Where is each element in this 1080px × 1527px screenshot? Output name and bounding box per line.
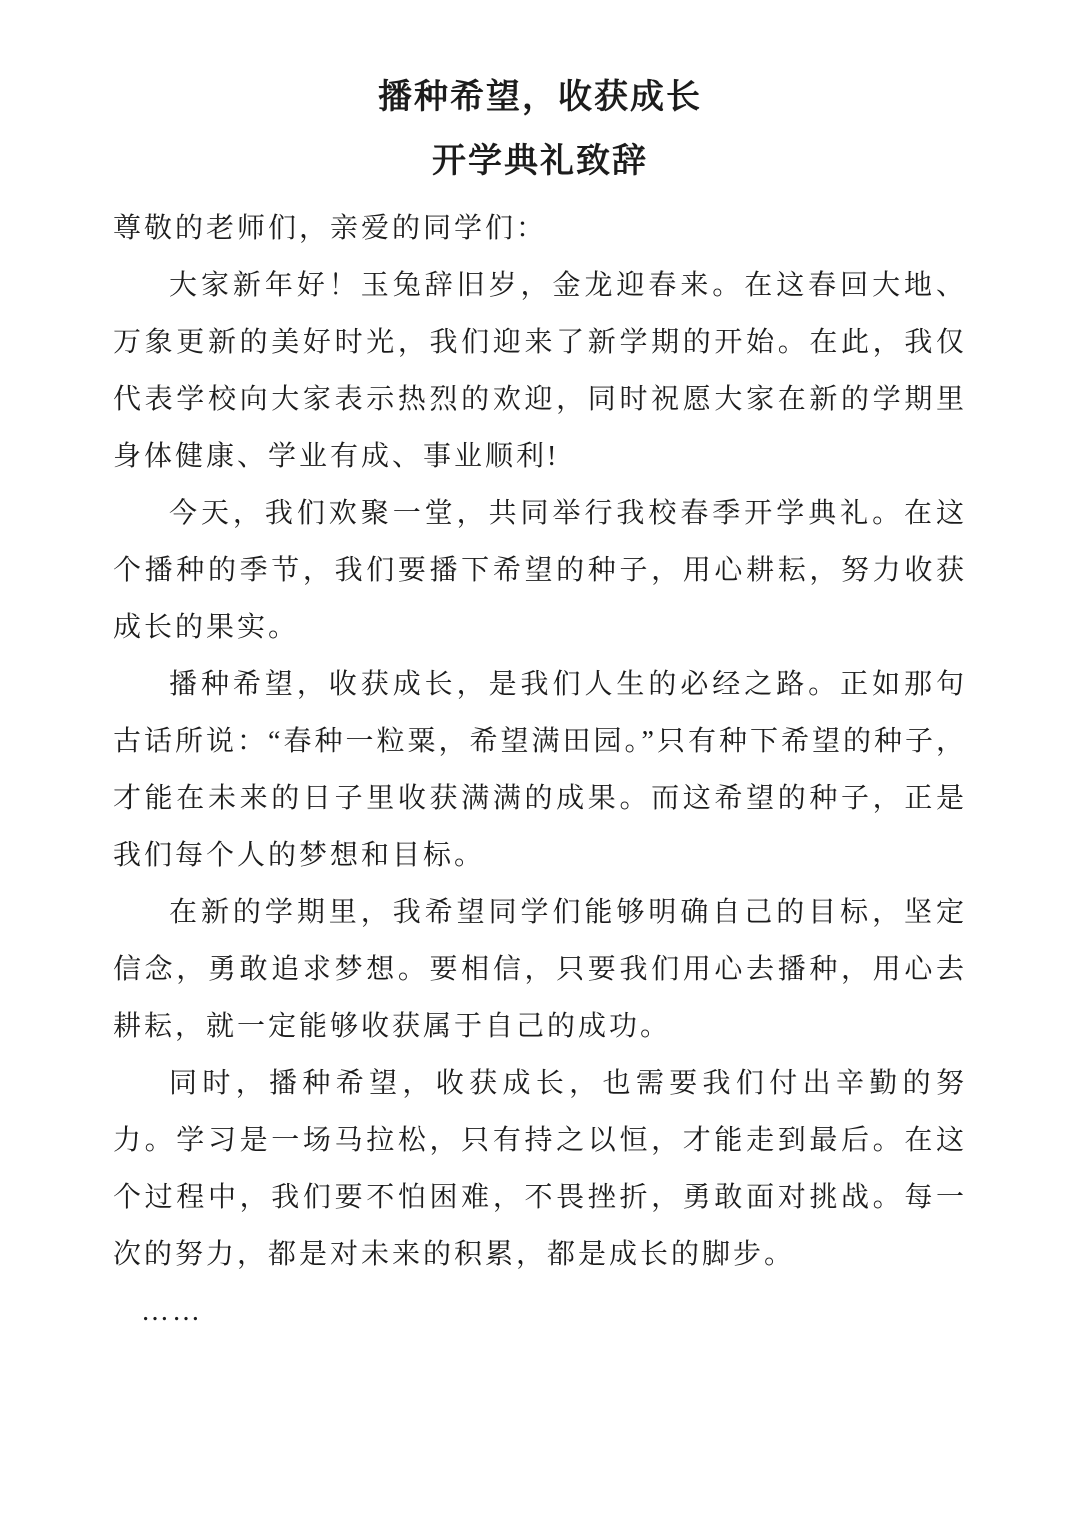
paragraph: 播种希望，收获成长，是我们人生的必经之路。正如那句古话所说：“春种一粒粟，希望满… (113, 656, 967, 884)
document-subtitle: 开学典礼致辞 (113, 130, 967, 194)
document-body: 尊敬的老师们，亲爱的同学们： 大家新年好！玉兔辞旧岁，金龙迎春来。在这春回大地、… (113, 200, 967, 1340)
paragraph: 大家新年好！玉兔辞旧岁，金龙迎春来。在这春回大地、万象更新的美好时光，我们迎来了… (113, 257, 967, 485)
paragraph: 在新的学期里，我希望同学们能够明确自己的目标，坚定信念，勇敢追求梦想。要相信，只… (113, 884, 967, 1055)
document-title: 播种希望，收获成长 (113, 66, 967, 130)
paragraph: 同时，播种希望，收获成长，也需要我们付出辛勤的努力。学习是一场马拉松，只有持之以… (113, 1055, 967, 1283)
ellipsis-line: …… (113, 1283, 967, 1340)
document-page: 播种希望，收获成长 开学典礼致辞 尊敬的老师们，亲爱的同学们： 大家新年好！玉兔… (0, 0, 1080, 1527)
paragraph: 今天，我们欢聚一堂，共同举行我校春季开学典礼。在这个播种的季节，我们要播下希望的… (113, 485, 967, 656)
salutation-line: 尊敬的老师们，亲爱的同学们： (113, 200, 967, 257)
